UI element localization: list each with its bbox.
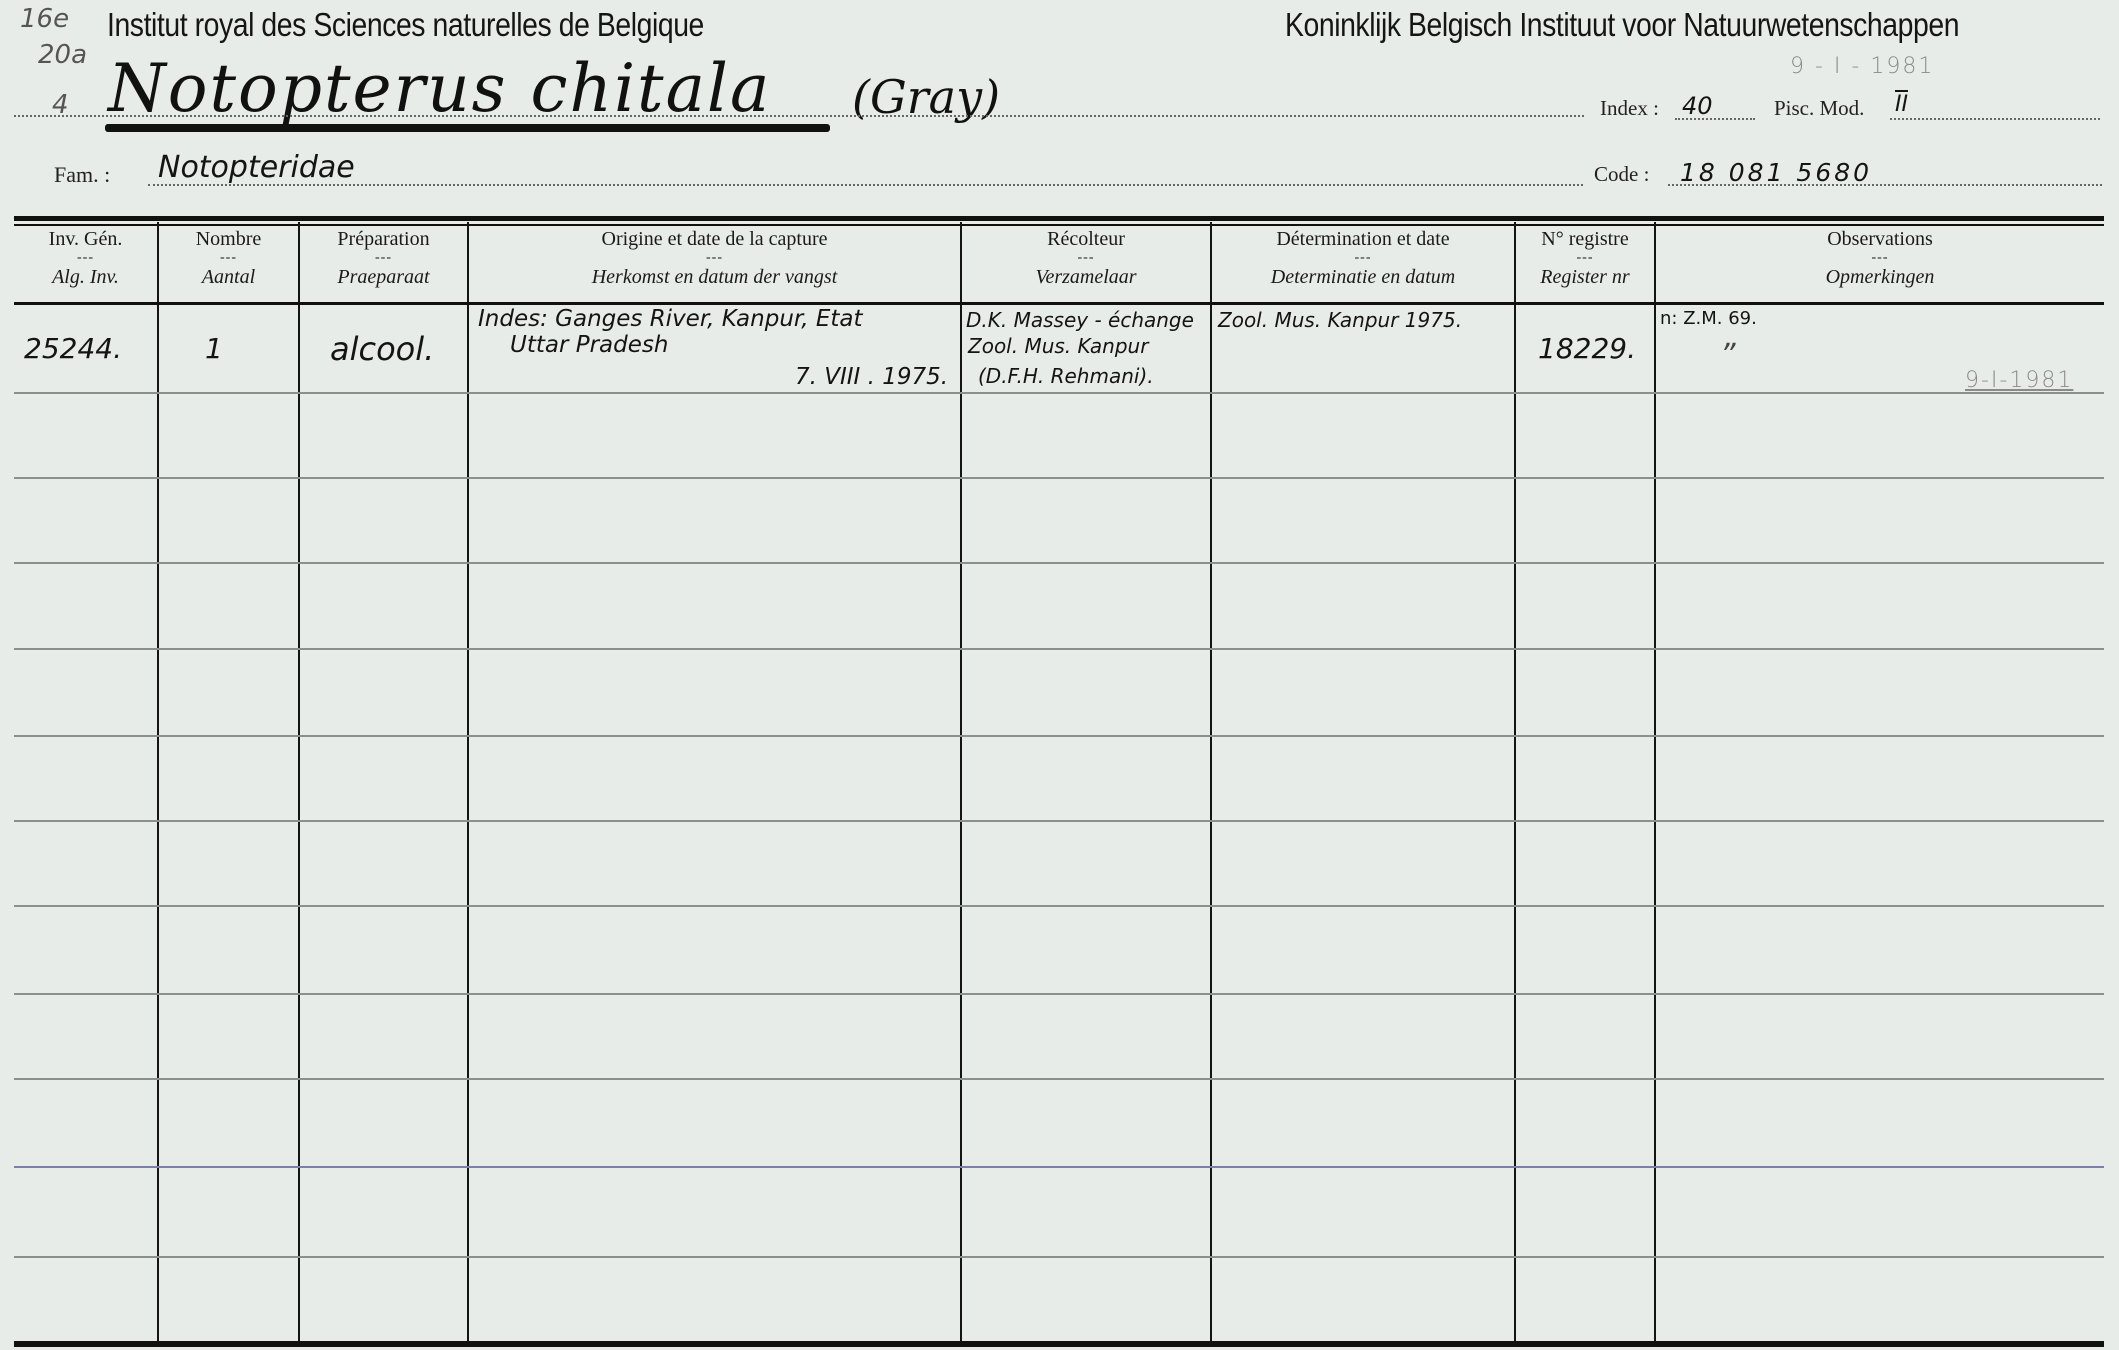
species-underline [105,124,830,132]
column-divider [467,222,469,1342]
cell-recolteur-line1: D.K. Massey - échange [966,308,1194,332]
column-header-observations: Observations---Opmerkingen [1656,228,2104,288]
table-bottom-rule [14,1341,2104,1347]
cell-registre: 18229. [1538,332,1636,365]
cell-nombre: 1 [205,332,223,365]
column-header-recolteur: Récolteur---Verzamelaar [962,228,1210,288]
index-label: Index : [1600,96,1659,121]
table-top-rule-thin [14,224,2104,226]
margin-note-2: 20a [38,40,87,70]
column-divider [960,222,962,1342]
catalog-card: Institut royal des Sciences naturelles d… [0,0,2119,1350]
cell-origine-date: 7. VIII . 1975. [795,364,948,390]
row-line [14,905,2104,907]
row-line [14,477,2104,479]
column-divider [157,222,159,1342]
date-stamp-top: 9 - I - 1981 [1790,54,1934,79]
code-dotted [1668,184,2102,186]
family-dotted [148,184,1583,186]
cell-origine-line1: Indes: Ganges River, Kanpur, Etat [478,306,863,332]
code-value: 18 081 5680 [1680,158,1872,187]
column-header-preparation: Préparation---Praeparaat [300,228,467,288]
pisc-mod-label: Pisc. Mod. [1774,96,1864,121]
column-divider [1654,222,1656,1342]
institute-name-french: Institut royal des Sciences naturelles d… [107,6,704,44]
index-value: 40 [1682,92,1713,120]
cell-observations-stamp: 9-I-1981 [1965,368,2073,393]
cell-preparation: alcool. [330,330,434,368]
family-value: Notopteridae [158,150,355,185]
table-top-rule [14,216,2104,221]
cell-origine-line2: Uttar Pradesh [510,332,668,358]
code-label: Code : [1594,162,1649,187]
column-divider [298,222,300,1342]
row-line [14,648,2104,650]
family-label: Fam. : [54,162,110,188]
row-line [14,735,2104,737]
pisc-mod-dotted [1890,118,2100,120]
margin-note-1: 16e [20,4,69,34]
cell-observations-line1: n: Z.M. 69. [1660,308,1757,329]
column-divider [1210,222,1212,1342]
cell-determination: Zool. Mus. Kanpur 1975. [1218,308,1462,332]
column-divider [1514,222,1516,1342]
row-line [14,1078,2104,1080]
index-dotted [1675,118,1755,120]
column-header-registre: N° registre---Register nr [1516,228,1654,288]
column-header-origine: Origine et date de la capture---Herkomst… [469,228,960,288]
column-header-nombre: Nombre---Aantal [159,228,298,288]
pisc-mod-value: II [1895,92,1908,117]
cell-recolteur-line3: (D.F.H. Rehmani). [978,364,1154,388]
species-dotted-line [14,115,1584,117]
row-line [14,1166,2104,1168]
row-line [14,993,2104,995]
row-line [14,392,2104,394]
row-line [14,820,2104,822]
column-header-inv: Inv. Gén.---Alg. Inv. [14,228,157,288]
row-line [14,1256,2104,1258]
cell-recolteur-line2: Zool. Mus. Kanpur [968,334,1148,358]
row-line [14,562,2104,564]
institute-name-dutch: Koninklijk Belgisch Instituut voor Natuu… [1285,6,1959,44]
column-header-determination: Détermination et date---Determinatie en … [1212,228,1514,288]
cell-observations-ditto: ” [1720,338,1736,373]
cell-inv: 25244. [24,332,122,365]
header-bottom-rule [14,302,2104,305]
